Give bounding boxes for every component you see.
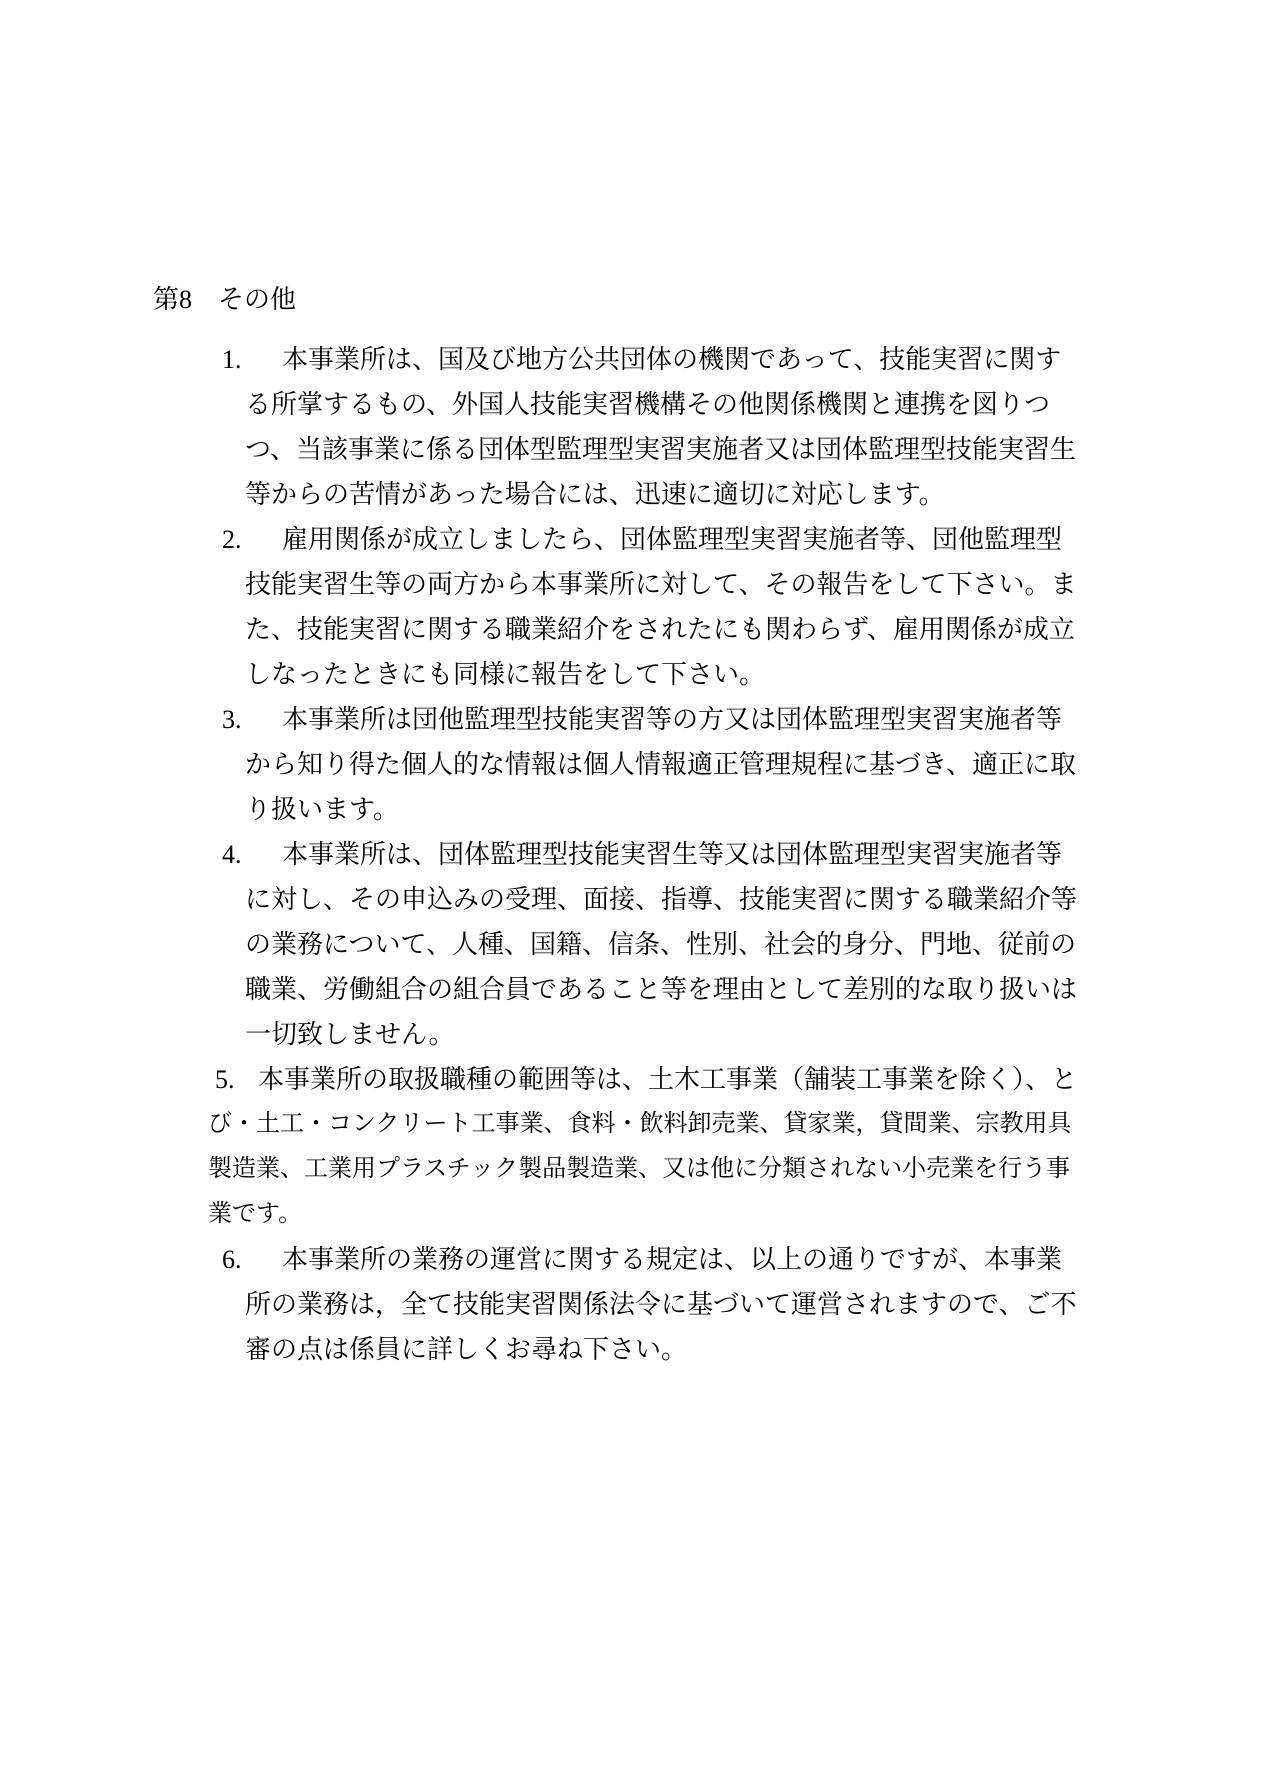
text-line: つ、当該事業に係る団体型監理型実習実施者又は団体監理型技能実習生 [245, 427, 1262, 472]
text-line: 所の業務は，全て技能実習関係法令に基づいて運営されますので、ご不 [245, 1282, 1262, 1327]
list-item-3: 3. 本事業所は団他監理型技能実習等の方又は団体監理型実習実施者等 から知り得た… [0, 697, 1262, 832]
list-item-4: 4. 本事業所は、団体監理型技能実習生等又は団体監理型実習実施者等 に対し、その… [0, 832, 1262, 1057]
list-item-2: 2. 雇用関係が成立しましたら、団体監理型実習実施者等、団他監理型 技能実習生等… [0, 517, 1262, 697]
list-item-1-number: 1. [222, 337, 242, 382]
section-heading: 第8 その他 [153, 277, 1262, 322]
text-line: 雇用関係が成立しましたら、団体監理型実習実施者等、団他監理型 [282, 517, 1262, 562]
text-line: 製造業、工業用プラスチック製品製造業、又は他に分類されない小売業を行う事 [208, 1147, 1262, 1192]
text-line: た、技能実習に関する職業紹介をされたにも関わらず、雇用関係が成立 [245, 607, 1262, 652]
text-line: 技能実習生等の両方から本事業所に対して、その報告をして下さい。ま [245, 562, 1262, 607]
text-line: 本事業所の取扱職種の範囲等は、土木工事業（舗装工事業を除く）、と [258, 1057, 1262, 1102]
text-line: 審の点は係員に詳しくお尋ね下さい。 [245, 1327, 1262, 1372]
list-item-6-number: 6. [222, 1237, 242, 1282]
list-item-5: 5. 本事業所の取扱職種の範囲等は、土木工事業（舗装工事業を除く）、と び・土工… [0, 1057, 1262, 1237]
text-line: る所掌するもの、外国人技能実習機構その他関係機関と連携を図りつ [245, 382, 1262, 427]
text-line: 本事業所の業務の運営に関する規定は、以上の通りですが、本事業 [282, 1237, 1262, 1282]
text-line: 一切致しません。 [245, 1012, 1262, 1057]
text-line: しなったときにも同様に報告をして下さい。 [245, 652, 1262, 697]
list-item-3-number: 3. [222, 697, 242, 742]
text-line: の業務について、人種、国籍、信条、性別、社会的身分、門地、従前の [245, 922, 1262, 967]
list-item-5-number: 5. [215, 1057, 235, 1102]
list-item-4-number: 4. [222, 832, 242, 877]
document-content: 第8 その他 1. 本事業所は、国及び地方公共団体の機関であって、技能実習に関す… [0, 277, 1262, 1372]
text-line: 本事業所は、国及び地方公共団体の機関であって、技能実習に関す [282, 337, 1262, 382]
text-line: 業です。 [208, 1192, 1262, 1237]
text-line: 等からの苦情があった場合には、迅速に適切に対応します。 [245, 472, 1262, 517]
text-line: 職業、労働組合の組合員であること等を理由として差別的な取り扱いは [245, 967, 1262, 1012]
list-item-2-number: 2. [222, 517, 242, 562]
text-line: び・土工・コンクリート工事業、食料・飲料卸売業、貸家業，貸間業、宗教用具 [208, 1102, 1262, 1147]
text-line: 本事業所は団他監理型技能実習等の方又は団体監理型実習実施者等 [282, 697, 1262, 742]
text-line: 本事業所は、団体監理型技能実習生等又は団体監理型実習実施者等 [282, 832, 1262, 877]
text-line: に対し、その申込みの受理、面接、指導、技能実習に関する職業紹介等 [245, 877, 1262, 922]
list-item-1: 1. 本事業所は、国及び地方公共団体の機関であって、技能実習に関す る所掌するも… [0, 337, 1262, 517]
text-line: から知り得た個人的な情報は個人情報適正管理規程に基づき、適正に取 [245, 742, 1262, 787]
text-line: り扱います。 [245, 787, 1262, 832]
list-item-6: 6. 本事業所の業務の運営に関する規定は、以上の通りですが、本事業 所の業務は，… [0, 1237, 1262, 1372]
document-page: 第8 その他 1. 本事業所は、国及び地方公共団体の機関であって、技能実習に関す… [0, 0, 1262, 1788]
